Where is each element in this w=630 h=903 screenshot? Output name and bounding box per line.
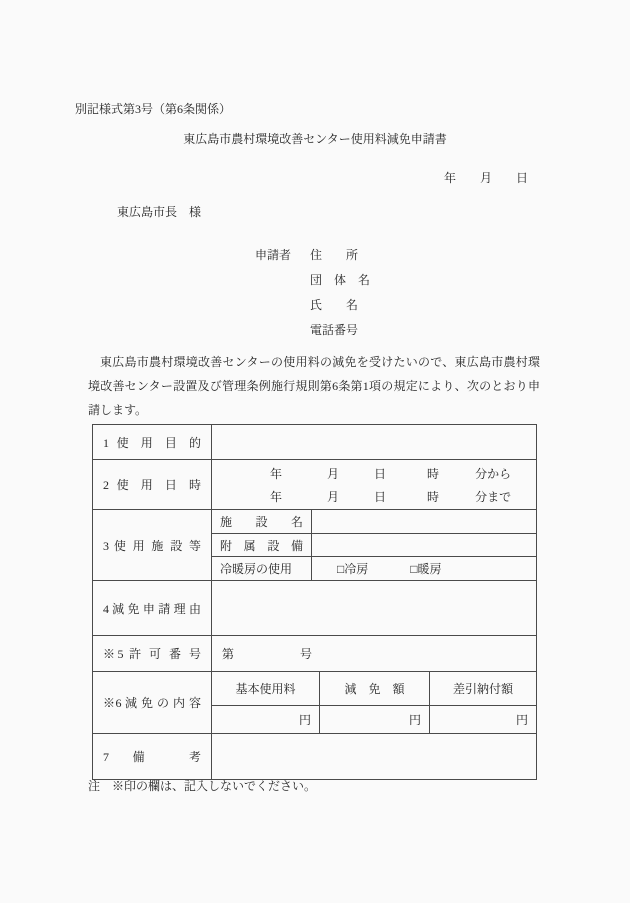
aircon-use-label-cell: 冷暖房の使用 <box>211 556 311 580</box>
reduction-reason-label: 4 減 免 申 請 理 由 <box>103 600 201 617</box>
base-fee-header-cell: 基本使用料 <box>211 672 319 705</box>
heating-checkbox-label: □暖房 <box>410 560 441 577</box>
table-row-permit-number: ※5 許 可 番 号 第 号 <box>93 635 536 671</box>
permit-number-prefix: 第 <box>222 645 234 662</box>
to-minute-label: 分まで <box>475 488 511 505</box>
reduction-amount-yen-unit: 円 <box>409 711 421 728</box>
net-payment-header: 差引納付額 <box>453 680 513 697</box>
to-year-label: 年 <box>270 488 282 505</box>
net-payment-value-cell: 円 <box>429 705 536 733</box>
permit-number-suffix: 号 <box>300 645 312 662</box>
net-payment-yen-unit: 円 <box>516 711 528 728</box>
permit-number-label: ※5 許 可 番 号 <box>103 645 201 662</box>
remarks-label-cell: 7 備 考 <box>93 734 211 779</box>
applicant-label: 申請者 <box>255 246 291 263</box>
facility-name-value-cell <box>311 510 536 533</box>
table-row-facilities: 3 使 用 施 設 等 施 設 名 附 属 設 備 冷暖房の使用 □冷房 □暖房 <box>93 509 536 580</box>
applicant-row-organization: 団 体 名 <box>255 267 370 292</box>
reduction-reason-value-cell <box>211 581 536 635</box>
applicant-field-address: 住 所 <box>310 246 358 263</box>
usage-datetime-value-cell: 年 月 日 時 分から 年 月 日 時 分まで <box>211 460 536 509</box>
to-hour-label: 時 <box>427 488 439 505</box>
remarks-label: 7 備 考 <box>103 748 201 765</box>
base-fee-value-cell: 円 <box>211 705 319 733</box>
from-month-label: 月 <box>327 465 339 482</box>
to-day-label: 日 <box>374 488 386 505</box>
addressee: 東広島市長 様 <box>117 203 201 220</box>
attached-equipment-label: 附 属 設 備 <box>220 537 303 554</box>
form-number: 別記様式第3号（第6条関係） <box>75 101 231 117</box>
reduction-amount-header: 減 免 額 <box>344 680 404 697</box>
from-hour-label: 時 <box>427 465 439 482</box>
page-title: 東広島市農村環境改善センター使用料減免申請書 <box>0 130 630 147</box>
cooling-checkbox-label: □冷房 <box>337 560 368 577</box>
facility-name-label: 施 設 名 <box>220 513 303 530</box>
date-line: 年 月 日 <box>444 169 528 186</box>
applicant-field-phone: 電話番号 <box>310 321 358 338</box>
base-fee-yen-unit: 円 <box>299 711 311 728</box>
usage-purpose-label: 1 使 用 目 的 <box>103 434 201 451</box>
net-payment-header-cell: 差引納付額 <box>429 672 536 705</box>
body-paragraph: 東広島市農村環境改善センターの使用料の減免を受けたいので、東広島市農村環境改善セ… <box>88 350 540 422</box>
reduction-details-label-cell: ※6 減 免 の 内 容 <box>93 672 211 733</box>
datetime-from-line: 年 月 日 時 分から <box>212 462 536 485</box>
usage-datetime-label: 2 使 用 日 時 <box>103 476 201 493</box>
aircon-use-label: 冷暖房の使用 <box>220 560 303 577</box>
reduction-amount-value-cell: 円 <box>319 705 429 733</box>
reduction-amount-header-cell: 減 免 額 <box>319 672 429 705</box>
fee-reduction-table: 1 使 用 目 的 2 使 用 日 時 年 月 日 時 分から 年 月 <box>92 424 537 780</box>
reduction-reason-label-cell: 4 減 免 申 請 理 由 <box>93 581 211 635</box>
applicant-row-name: 氏 名 <box>255 292 370 317</box>
attached-equipment-value-cell <box>311 533 536 556</box>
applicant-block: 申請者 住 所 団 体 名 氏 名 電話番号 <box>255 242 370 342</box>
table-row-remarks: 7 備 考 <box>93 733 536 779</box>
reduction-details-label: ※6 減 免 の 内 容 <box>103 694 201 711</box>
remarks-value-cell <box>211 734 536 779</box>
application-form-page: 別記様式第3号（第6条関係） 東広島市農村環境改善センター使用料減免申請書 年 … <box>0 0 630 903</box>
applicant-row-phone: 電話番号 <box>255 317 370 342</box>
datetime-to-line: 年 月 日 時 分まで <box>212 485 536 508</box>
from-year-label: 年 <box>270 465 282 482</box>
applicant-row-address: 申請者 住 所 <box>255 242 370 267</box>
table-row-reduction-reason: 4 減 免 申 請 理 由 <box>93 580 536 635</box>
table-row-usage-purpose: 1 使 用 目 的 <box>93 425 536 459</box>
usage-datetime-label-cell: 2 使 用 日 時 <box>93 460 211 509</box>
applicant-field-name: 氏 名 <box>310 296 358 313</box>
from-minute-label: 分から <box>475 465 511 482</box>
aircon-use-value-cell: □冷房 □暖房 <box>311 556 536 580</box>
usage-purpose-label-cell: 1 使 用 目 的 <box>93 425 211 459</box>
to-month-label: 月 <box>327 488 339 505</box>
table-row-reduction-details: ※6 減 免 の 内 容 基本使用料 減 免 額 差引納付額 円 円 円 <box>93 671 536 733</box>
table-row-usage-datetime: 2 使 用 日 時 年 月 日 時 分から 年 月 日 時 分まで <box>93 459 536 509</box>
attached-equipment-label-cell: 附 属 設 備 <box>211 533 311 556</box>
from-day-label: 日 <box>374 465 386 482</box>
permit-number-label-cell: ※5 許 可 番 号 <box>93 636 211 671</box>
facilities-label-cell: 3 使 用 施 設 等 <box>93 510 211 580</box>
usage-purpose-value-cell <box>211 425 536 459</box>
applicant-field-organization: 団 体 名 <box>310 271 370 288</box>
base-fee-header: 基本使用料 <box>235 680 295 697</box>
footnote: 注 ※印の欄は、記入しないでください。 <box>88 778 316 794</box>
facility-name-label-cell: 施 設 名 <box>211 510 311 533</box>
facilities-label: 3 使 用 施 設 等 <box>103 537 201 554</box>
permit-number-value-cell: 第 号 <box>211 636 536 671</box>
